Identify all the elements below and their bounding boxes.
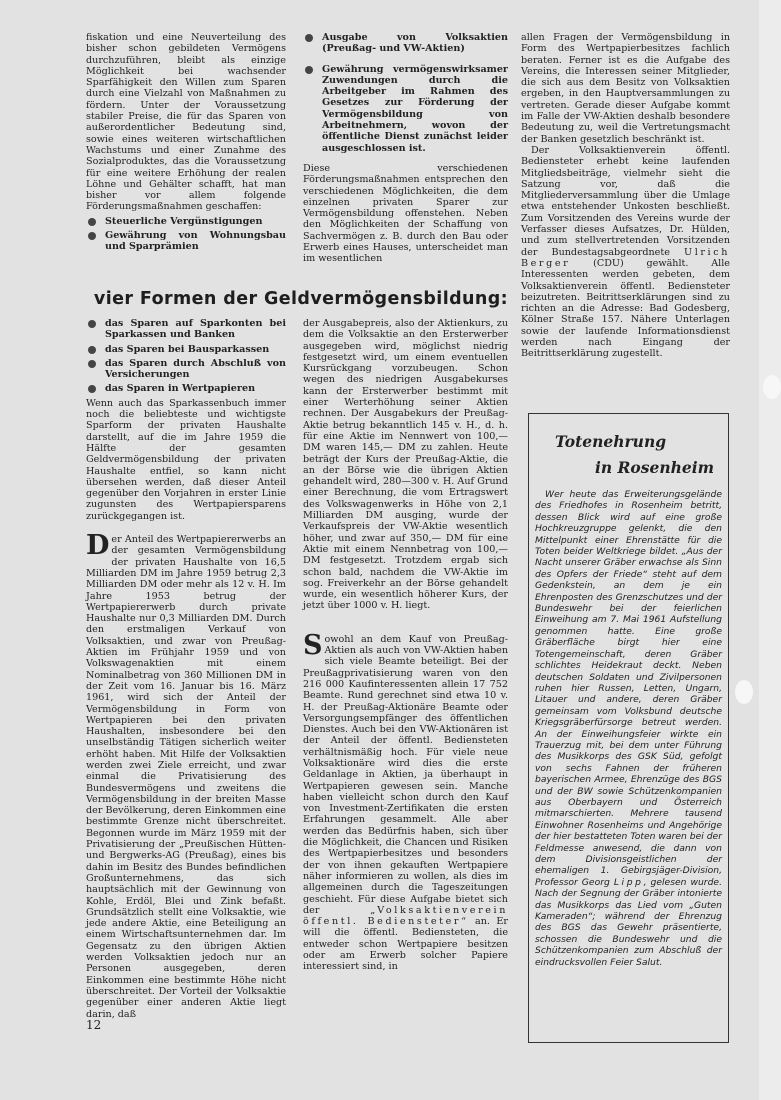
paragraph-sparkassenbuch: Wenn auch das Sparkassenbuch immer noch … <box>86 398 286 522</box>
list-item: das Sparen durch Abschluß von Versicheru… <box>86 358 286 381</box>
list-item: das Sparen auf Sparkonten bei Sparkassen… <box>86 318 286 341</box>
paper-hole <box>735 680 753 704</box>
column-2-lower: der Ausgabepreis, also der Aktienkurs, z… <box>303 318 508 973</box>
paper-hole <box>763 375 781 399</box>
forms-list: das Sparen auf Sparkonten bei Sparkassen… <box>86 318 286 395</box>
list-item: Steuerliche Vergünstigungen <box>86 216 286 227</box>
list-item: das Sparen in Wertpapieren <box>86 383 286 394</box>
measures-list: Steuerliche Vergünstigungen Gewährung vo… <box>86 216 286 253</box>
box-title-line-1: Totenehrung <box>555 432 722 451</box>
drop-cap: D <box>86 535 109 557</box>
measures-list-continued: Ausgabe von Volksaktien (Preußag- und VW… <box>303 32 508 154</box>
paragraph-diese: Diese verschiedenen Förderungsmaßnahmen … <box>303 163 508 265</box>
list-item: das Sparen bei Bausparkassen <box>86 344 286 355</box>
column-1-upper: fiskation und eine Neuverteilung des bis… <box>86 32 286 256</box>
paragraph-fragen: allen Fragen der Vermögensbildung in For… <box>521 32 730 145</box>
page-number: 12 <box>86 1018 101 1032</box>
column-2-upper: Ausgabe von Volksaktien (Preußag- und VW… <box>303 32 508 265</box>
sidebar-box-totenehrung: Totenehrung in Rosenheim Wer heute das E… <box>528 413 729 1043</box>
list-item: Ausgabe von Volksaktien (Preußag- und VW… <box>303 32 508 55</box>
column-3: allen Fragen der Vermögensbildung in For… <box>521 32 730 360</box>
box-title-line-2: in Rosenheim <box>595 458 722 477</box>
paragraph-ausgabepreis: der Ausgabepreis, also der Aktienkurs, z… <box>303 318 508 612</box>
paragraph-verein: Der Volksaktienverein öffentl. Bedienste… <box>521 145 730 360</box>
paragraph-anteil: Der Anteil des Wertpapiererwerbs an der … <box>86 534 286 1020</box>
box-body: Wer heute das Erweiterungsgelände des Fr… <box>535 489 722 968</box>
page-edge <box>759 0 781 1100</box>
person-name: Lipp <box>614 877 644 888</box>
list-item: Gewährung von Wohnungsbau und Sparprämie… <box>86 230 286 253</box>
intro-paragraph: fiskation und eine Neuverteilung des bis… <box>86 32 286 213</box>
drop-cap: S <box>303 635 323 657</box>
paragraph-sowohl: Sowohl an dem Kauf von Preußag-Aktien al… <box>303 634 508 973</box>
section-headline: vier Formen der Geldvermögensbildung: <box>86 289 516 309</box>
column-1-lower: das Sparen auf Sparkonten bei Sparkassen… <box>86 318 286 1020</box>
list-item: Gewährung vermögenswirksamer Zuwendungen… <box>303 64 508 154</box>
magazine-page: fiskation und eine Neuverteilung des bis… <box>0 0 781 1100</box>
